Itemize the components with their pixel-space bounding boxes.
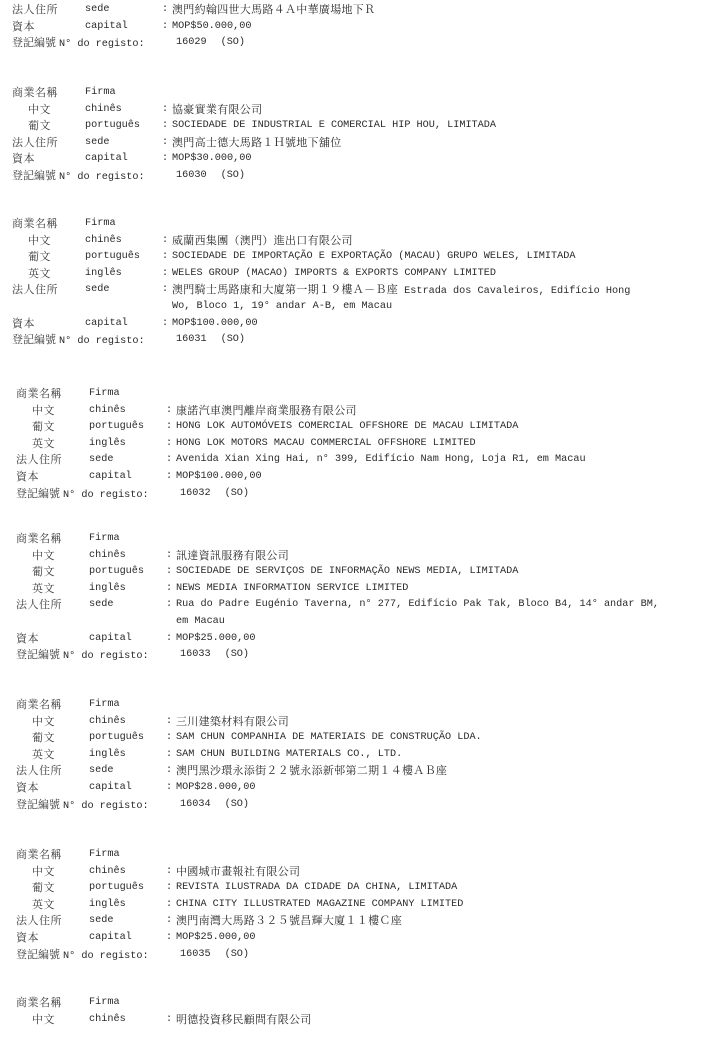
portugues-value: REVISTA ILUSTRADA DA CIDADE DA CHINA, LI… — [176, 880, 457, 897]
portugues-label-pt: português — [85, 118, 140, 135]
colon: : — [166, 747, 172, 764]
portugues-label-zh: 葡文 — [28, 249, 51, 266]
colon: : — [166, 564, 172, 581]
registo-label-zh: 登記編號 — [16, 648, 60, 661]
registo-label-zh: 登記編號 — [12, 169, 56, 182]
chines-label-pt: chinês — [85, 233, 122, 250]
colon: : — [166, 631, 172, 648]
registo-suffix: (SO) — [221, 170, 245, 181]
registo-value: 16034 — [180, 799, 211, 810]
capital-label-zh: 資本 — [12, 19, 35, 36]
ingles-value: CHINA CITY ILLUSTRATED MAGAZINE COMPANY … — [176, 897, 463, 914]
capital-label-pt: capital — [89, 930, 132, 947]
colon: : — [166, 780, 172, 797]
colon: : — [166, 403, 172, 420]
sede-value-cjk: 澳門騎士馬路康和大廈第一期１９樓Ａ－Ｂ座 — [172, 283, 398, 296]
chines-label-zh: 中文 — [32, 714, 55, 731]
firma-label-pt: Firma — [85, 216, 116, 233]
colon: : — [162, 249, 168, 266]
colon: : — [162, 233, 168, 250]
ingles-value: NEWS MEDIA INFORMATION SERVICE LIMITED — [176, 581, 408, 598]
ingles-label-zh: 英文 — [32, 436, 55, 453]
registo-label: 登記編號N° do registo: — [16, 797, 149, 816]
registo-suffix: (SO) — [221, 334, 245, 345]
chines-label-zh: 中文 — [28, 233, 51, 250]
firma-label-pt: Firma — [85, 85, 116, 102]
registo-label: 登記編號N° do registo: — [12, 35, 145, 54]
colon: : — [162, 151, 168, 168]
sede-label-zh: 法人住所 — [12, 282, 58, 299]
sede-label-pt: sede — [85, 282, 109, 299]
colon: : — [166, 897, 172, 914]
ingles-label-pt: inglês — [89, 581, 126, 598]
registo-value: 16033 — [180, 649, 211, 660]
registo-suffix: (SO) — [225, 799, 249, 810]
chines-value: 威蘭西集團（澳門）進出口有限公司 — [172, 233, 353, 250]
chines-label-zh: 中文 — [32, 548, 55, 565]
chines-label-pt: chinês — [85, 102, 122, 119]
registo-label-pt: N° do registo: — [63, 951, 149, 962]
capital-value: MOP$25.000,00 — [176, 930, 255, 947]
colon: : — [166, 597, 172, 614]
colon: : — [166, 864, 172, 881]
ingles-label-zh: 英文 — [32, 897, 55, 914]
registo-number: 16032(SO) — [180, 486, 249, 503]
portugues-label-zh: 葡文 — [32, 730, 55, 747]
chines-label-zh: 中文 — [28, 102, 51, 119]
registo-value: 16035 — [180, 949, 211, 960]
firma-label-zh: 商業名稱 — [12, 85, 58, 102]
colon: : — [166, 452, 172, 469]
chines-value: 明德投資移民顧問有限公司 — [176, 1012, 312, 1029]
firma-label-zh: 商業名稱 — [16, 697, 62, 714]
colon: : — [166, 436, 172, 453]
registo-label-pt: N° do registo: — [59, 39, 145, 50]
capital-label-zh: 資本 — [16, 631, 39, 648]
firma-label-pt: Firma — [89, 995, 120, 1012]
colon: : — [162, 266, 168, 283]
registo-label-pt: N° do registo: — [63, 490, 149, 501]
colon: : — [166, 930, 172, 947]
firma-label-pt: Firma — [89, 531, 120, 548]
ingles-value: WELES GROUP (MACAO) IMPORTS & EXPORTS CO… — [172, 266, 496, 283]
portugues-value: SAM CHUN COMPANHIA DE MATERIAIS DE CONST… — [176, 730, 482, 747]
registo-suffix: (SO) — [225, 649, 249, 660]
sede-value-pt: Estrada dos Cavaleiros, Edifício Hong — [404, 286, 630, 297]
registo-label-zh: 登記編號 — [16, 798, 60, 811]
portugues-label-pt: português — [89, 880, 144, 897]
ingles-label-zh: 英文 — [32, 747, 55, 764]
capital-label-zh: 資本 — [12, 151, 35, 168]
firma-label-zh: 商業名稱 — [12, 216, 58, 233]
chines-label-pt: chinês — [89, 864, 126, 881]
registo-number: 16035(SO) — [180, 947, 249, 964]
registo-label-zh: 登記編號 — [12, 333, 56, 346]
registo-value: 16030 — [176, 170, 207, 181]
capital-label-pt: capital — [85, 151, 128, 168]
colon: : — [166, 913, 172, 930]
colon: : — [166, 469, 172, 486]
sede-label-zh: 法人住所 — [12, 135, 58, 152]
chines-label-pt: chinês — [89, 1012, 126, 1029]
registo-number: 16030(SO) — [176, 168, 245, 185]
portugues-label-zh: 葡文 — [28, 118, 51, 135]
sede-value: Avenida Xian Xing Hai, n° 399, Edifício … — [176, 452, 586, 469]
registo-label: 登記編號N° do registo: — [12, 168, 145, 187]
sede-label-zh: 法人住所 — [16, 452, 62, 469]
colon: : — [162, 118, 168, 135]
colon: : — [166, 880, 172, 897]
registo-value: 16032 — [180, 488, 211, 499]
chines-label-zh: 中文 — [32, 864, 55, 881]
capital-label-pt: capital — [85, 316, 128, 333]
chines-value: 協豪實業有限公司 — [172, 102, 262, 119]
registo-suffix: (SO) — [221, 37, 245, 48]
capital-label-pt: capital — [89, 469, 132, 486]
portugues-label-zh: 葡文 — [32, 564, 55, 581]
registo-label: 登記編號N° do registo: — [12, 332, 145, 351]
capital-value: MOP$50.000,00 — [172, 19, 251, 36]
colon: : — [162, 282, 168, 299]
sede-value: 澳門約翰四世大馬路４Ａ中華廣場地下Ｒ — [172, 2, 375, 19]
portugues-value: SOCIEDADE DE IMPORTAÇÃO E EXPORTAÇÃO (MA… — [172, 249, 576, 266]
chines-value: 訊達資訊服務有限公司 — [176, 548, 289, 565]
colon: : — [166, 763, 172, 780]
chines-label-pt: chinês — [89, 714, 126, 731]
colon: : — [162, 135, 168, 152]
chines-label-zh: 中文 — [32, 403, 55, 420]
ingles-label-pt: inglês — [85, 266, 122, 283]
capital-value: MOP$100.000,00 — [176, 469, 262, 486]
registo-value: 16029 — [176, 37, 207, 48]
colon: : — [162, 316, 168, 333]
capital-label-zh: 資本 — [16, 469, 39, 486]
capital-label-pt: capital — [85, 19, 128, 36]
capital-value: MOP$30.000,00 — [172, 151, 251, 168]
sede-label-zh: 法人住所 — [16, 913, 62, 930]
sede-label-pt: sede — [85, 2, 109, 19]
registo-value: 16031 — [176, 334, 207, 345]
ingles-label-pt: inglês — [89, 436, 126, 453]
capital-label-zh: 資本 — [12, 316, 35, 333]
firma-label-pt: Firma — [89, 697, 120, 714]
portugues-value: SOCIEDADE DE SERVIÇOS DE INFORMAÇÃO NEWS… — [176, 564, 518, 581]
colon: : — [162, 102, 168, 119]
registo-suffix: (SO) — [225, 488, 249, 499]
registo-label-pt: N° do registo: — [59, 336, 145, 347]
ingles-label-zh: 英文 — [32, 581, 55, 598]
registo-number: 16031(SO) — [176, 332, 245, 349]
portugues-label-pt: português — [89, 730, 144, 747]
chines-label-pt: chinês — [89, 403, 126, 420]
portugues-label-pt: português — [89, 564, 144, 581]
firma-label-pt: Firma — [89, 847, 120, 864]
chines-label-pt: chinês — [89, 548, 126, 565]
portugues-value: SOCIEDADE DE INDUSTRIAL E COMERCIAL HIP … — [172, 118, 496, 135]
ingles-label-pt: inglês — [89, 747, 126, 764]
sede-value: 澳門南灣大馬路３２５號昌輝大廈１１樓Ｃ座 — [176, 913, 402, 930]
registo-label-zh: 登記編號 — [12, 36, 56, 49]
registo-number: 16029(SO) — [176, 35, 245, 52]
sede-label-zh: 法人住所 — [16, 763, 62, 780]
portugues-label-pt: português — [85, 249, 140, 266]
colon: : — [166, 714, 172, 731]
firma-label-zh: 商業名稱 — [16, 386, 62, 403]
firma-label-zh: 商業名稱 — [16, 531, 62, 548]
capital-label-zh: 資本 — [16, 930, 39, 947]
firma-label-zh: 商業名稱 — [16, 995, 62, 1012]
registo-label: 登記編號N° do registo: — [16, 647, 149, 666]
sede-label-pt: sede — [85, 135, 109, 152]
colon: : — [166, 419, 172, 436]
sede-value-line2: em Macau — [176, 614, 225, 631]
registo-label-zh: 登記編號 — [16, 487, 60, 500]
portugues-label-zh: 葡文 — [32, 419, 55, 436]
portugues-value: HONG LOK AUTOMÓVEIS COMERCIAL OFFSHORE D… — [176, 419, 518, 436]
registo-label: 登記編號N° do registo: — [16, 947, 149, 966]
sede-label-pt: sede — [89, 597, 113, 614]
colon: : — [166, 581, 172, 598]
capital-label-pt: capital — [89, 631, 132, 648]
registo-label-pt: N° do registo: — [63, 801, 149, 812]
sede-value-line1: Rua do Padre Eugénio Taverna, n° 277, Ed… — [176, 597, 659, 614]
ingles-label-pt: inglês — [89, 897, 126, 914]
colon: : — [162, 2, 168, 19]
registo-label: 登記編號N° do registo: — [16, 486, 149, 505]
registo-label-pt: N° do registo: — [63, 651, 149, 662]
ingles-label-zh: 英文 — [28, 266, 51, 283]
registo-suffix: (SO) — [225, 949, 249, 960]
colon: : — [166, 548, 172, 565]
capital-label-pt: capital — [89, 780, 132, 797]
firma-label-zh: 商業名稱 — [16, 847, 62, 864]
sede-label-pt: sede — [89, 913, 113, 930]
colon: : — [166, 730, 172, 747]
capital-value: MOP$28.000,00 — [176, 780, 255, 797]
sede-value: 澳門黑沙環永添街２２號永添新邨第二期１４樓ＡＢ座 — [176, 763, 447, 780]
capital-value: MOP$25.000,00 — [176, 631, 255, 648]
registo-number: 16033(SO) — [180, 647, 249, 664]
registry-page: 法人住所 sede : 澳門約翰四世大馬路４Ａ中華廣場地下Ｒ 資本 capita… — [0, 0, 719, 1038]
ingles-value: SAM CHUN BUILDING MATERIALS CO., LTD. — [176, 747, 402, 764]
registo-number: 16034(SO) — [180, 797, 249, 814]
ingles-value: HONG LOK MOTORS MACAU COMMERCIAL OFFSHOR… — [176, 436, 476, 453]
portugues-label-pt: português — [89, 419, 144, 436]
sede-label-zh: 法人住所 — [16, 597, 62, 614]
sede-value: 澳門高士德大馬路１Ｈ號地下舖位 — [172, 135, 342, 152]
sede-value-line2: Wo, Bloco 1, 19° andar A-B, em Macau — [172, 299, 392, 316]
registo-label-zh: 登記編號 — [16, 948, 60, 961]
chines-value: 康諾汽車澳門離岸商業服務有限公司 — [176, 403, 357, 420]
firma-label-pt: Firma — [89, 386, 120, 403]
registo-label-pt: N° do registo: — [59, 172, 145, 183]
chines-value: 中國城市畫報社有限公司 — [176, 864, 300, 881]
capital-label-zh: 資本 — [16, 780, 39, 797]
chines-value: 三川建築材料有限公司 — [176, 714, 289, 731]
sede-label-pt: sede — [89, 763, 113, 780]
colon: : — [166, 1012, 172, 1029]
sede-label-pt: sede — [89, 452, 113, 469]
chines-label-zh: 中文 — [32, 1012, 55, 1029]
capital-value: MOP$100.000,00 — [172, 316, 258, 333]
colon: : — [162, 19, 168, 36]
sede-label-zh: 法人住所 — [12, 2, 58, 19]
portugues-label-zh: 葡文 — [32, 880, 55, 897]
